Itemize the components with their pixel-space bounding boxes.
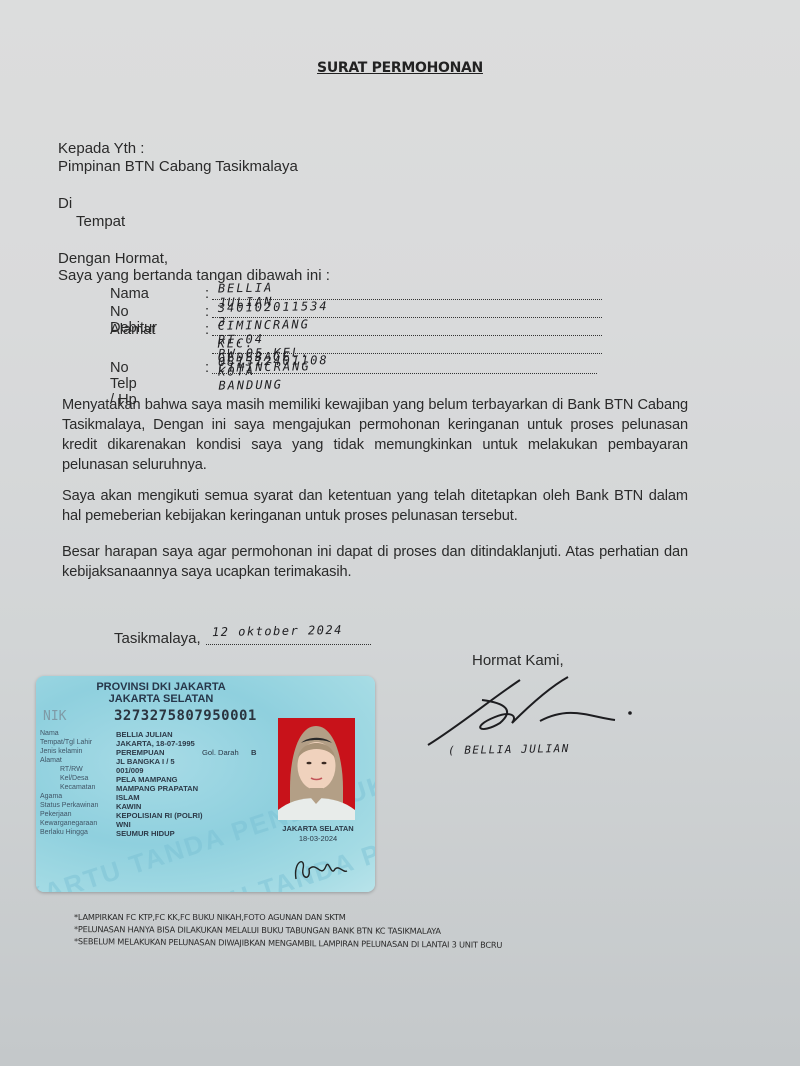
id-blood-label: Gol. Darah bbox=[202, 748, 239, 757]
id-row-value: JL BANGKA I / 5 bbox=[116, 757, 175, 766]
closing-text: Hormat Kami, bbox=[472, 652, 564, 669]
id-row-label: Tempat/Tgl Lahir bbox=[40, 739, 92, 746]
id-row-label: Alamat bbox=[40, 757, 62, 764]
field-value-telp: 081312401108 bbox=[218, 353, 329, 369]
id-blood-value: B bbox=[251, 748, 256, 757]
id-row-label: Jenis kelamin bbox=[40, 748, 82, 755]
id-row-label: RT/RW bbox=[60, 766, 83, 773]
field-label-nama: Nama bbox=[110, 286, 149, 302]
field-dotted-line bbox=[212, 373, 597, 374]
note-payment-method: *PELUNASAN HANYA BISA DILAKUKAN MELALUI … bbox=[74, 924, 441, 936]
paragraph-closing: Besar harapan saya agar permohonan ini d… bbox=[62, 542, 688, 582]
id-row-value: PELA MAMPANG bbox=[116, 775, 178, 784]
salutation: Dengan Hormat, bbox=[58, 250, 168, 267]
intro-line: Saya yang bertanda tangan dibawah ini : bbox=[58, 267, 330, 284]
signature-icon bbox=[420, 675, 640, 750]
id-row-label: Pekerjaan bbox=[40, 811, 72, 818]
field-label-alamat: Alamat bbox=[110, 322, 155, 338]
date-handwritten: 12 oktober 2024 bbox=[212, 623, 343, 639]
id-row-value: WNI bbox=[116, 820, 131, 829]
id-row-label: Status Perkawinan bbox=[40, 802, 98, 809]
document-title: SURAT PERMOHONAN bbox=[0, 60, 800, 76]
id-row-label: Kecamatan bbox=[60, 784, 95, 791]
id-row-value: KEPOLISIAN RI (POLRI) bbox=[116, 811, 203, 820]
paragraph-agreement: Saya akan mengikuti semua syarat dan ket… bbox=[62, 486, 688, 526]
field-colon: : bbox=[205, 360, 209, 376]
note-pickup-attachment: *SEBELUM MELAKUKAN PELUNASAN DIWAJIBKAN … bbox=[74, 936, 502, 950]
recipient-di: Di bbox=[58, 195, 72, 212]
id-row-value: SEUMUR HIDUP bbox=[116, 829, 175, 838]
id-issue-date: 18-03-2024 bbox=[268, 834, 368, 843]
id-photo bbox=[278, 718, 355, 820]
note-attachments: *LAMPIRKAN FC KTP,FC KK,FC BUKU NIKAH,FO… bbox=[74, 912, 346, 922]
person-photo-icon bbox=[278, 718, 355, 820]
id-row-label: Agama bbox=[40, 793, 62, 800]
id-card: KARTU TANDA PENDUDUK KARTU TANDA PENDUDU… bbox=[36, 676, 375, 892]
recipient-greeting: Kepada Yth : bbox=[58, 140, 144, 157]
id-row-label: Kel/Desa bbox=[60, 775, 88, 782]
id-row-value: KAWIN bbox=[116, 802, 141, 811]
paragraph-statement: Menyatakan bahwa saya masih memiliki kew… bbox=[62, 395, 688, 475]
id-row-value: PEREMPUAN bbox=[116, 748, 165, 757]
id-issue-city: JAKARTA SELATAN bbox=[268, 824, 368, 833]
place-label: Tasikmalaya, bbox=[114, 630, 201, 647]
id-card-province: PROVINSI DKI JAKARTA bbox=[36, 681, 286, 693]
id-card-city: JAKARTA SELATAN bbox=[36, 693, 286, 705]
id-row-value: ISLAM bbox=[116, 793, 140, 802]
id-row-label: Berlaku Hingga bbox=[40, 829, 88, 836]
id-row-value: BELLIA JULIAN bbox=[116, 730, 173, 739]
date-dotted-line bbox=[206, 644, 371, 645]
id-signature-icon bbox=[291, 851, 351, 886]
id-card-nik-label: NIK bbox=[43, 709, 66, 724]
recipient-name: Pimpinan BTN Cabang Tasikmalaya bbox=[58, 158, 298, 175]
field-colon: : bbox=[205, 322, 209, 338]
id-card-nik: 3273275807950001 bbox=[114, 708, 257, 724]
field-colon: : bbox=[205, 286, 209, 302]
id-row-label: Nama bbox=[40, 730, 59, 737]
id-row-value: MAMPANG PRAPATAN bbox=[116, 784, 198, 793]
recipient-place: Tempat bbox=[76, 213, 125, 230]
signer-name-handwritten: ( BELLIA JULIAN bbox=[448, 742, 570, 757]
id-row-label: Kewarganegaraan bbox=[40, 820, 97, 827]
id-row-value: JAKARTA, 18-07-1995 bbox=[116, 739, 195, 748]
field-colon: : bbox=[205, 304, 209, 320]
id-row-value: 001/009 bbox=[116, 766, 143, 775]
